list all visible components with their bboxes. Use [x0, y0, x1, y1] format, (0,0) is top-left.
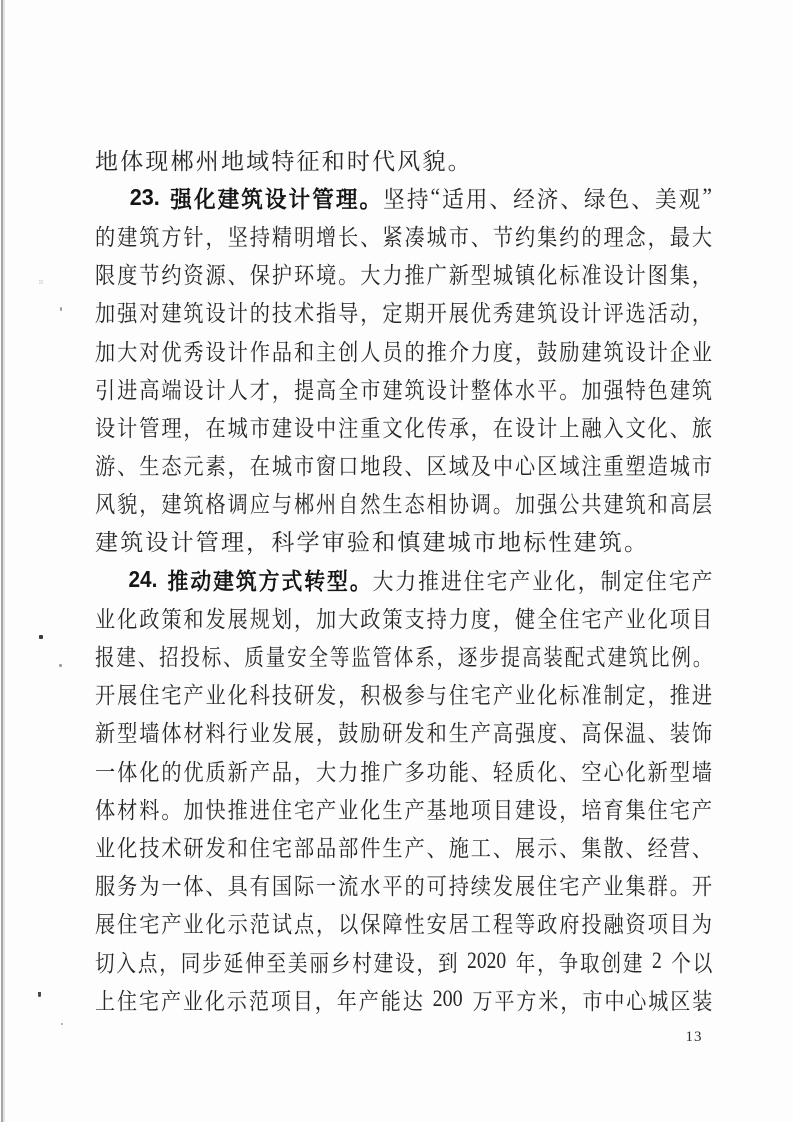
text-line: 设计管理，在城市建设中注重文化传承，在设计上融入文化、旅 — [95, 407, 637, 445]
text-line: 风貌，建筑格调应与郴州自然生态相协调。加强公共建筑和高层 — [95, 484, 637, 522]
text-line: 业化政策和发展规划，加大政策支持力度，健全住宅产业化项目 — [95, 598, 637, 636]
scan-speck — [39, 280, 43, 284]
text-line: 报建、招投标、质量安全等监管体系，逐步提高装配式建筑比例。 — [95, 636, 618, 674]
text-line: 体材料。加快推进住宅产业化生产基地项目建设，培育集住宅产 — [95, 789, 637, 827]
text-line: 切入点，同步延伸至美丽乡村建设，到2020年，争取创建2个以 — [95, 942, 620, 980]
scan-speck — [39, 635, 43, 639]
text-line: 服务为一体、具有国际一流水平的可持续发展住宅产业集群。开 — [95, 866, 637, 904]
page-number: 13 — [679, 1029, 709, 1046]
text-line: 的建筑方针，坚持精明增长、紧凑城市、节约集约的理念，最大 — [95, 216, 637, 254]
text-line: 上住宅产业化示范项目，年产能达200万平方米，市中心城区装 — [95, 980, 633, 1018]
scan-speck — [59, 664, 62, 667]
text-body: 地体现郴州地域特征和时代风貌。23.强化建筑设计管理。坚持“适用、经济、绿色、美… — [95, 140, 712, 1018]
scan-speck — [61, 1023, 63, 1025]
text-line: 新型墙体材料行业发展，鼓励研发和生产高强度、高保温、装饰 — [95, 713, 637, 751]
text-line: 一体化的优质新产品，大力推广多功能、轻质化、空心化新型墙 — [95, 751, 637, 789]
text-line: 地体现郴州地域特征和时代风貌。 — [95, 140, 712, 178]
text-line: 限度节约资源、保护环境。大力推广新型城镇化标准设计图集， — [95, 255, 637, 293]
text-line: 建筑设计管理，科学审验和慎建城市地标性建筑。 — [95, 522, 712, 560]
scan-speck — [38, 992, 41, 997]
text-line: 加大对优秀设计作品和主创人员的推介力度，鼓励建筑设计企业 — [95, 331, 637, 369]
text-line: 加强对建筑设计的技术指导，定期开展优秀建筑设计评选活动， — [95, 293, 637, 331]
text-line: 24.推动建筑方式转型。大力推进住宅产业化，制定住宅产 — [95, 560, 653, 598]
text-line: 展住宅产业化示范试点，以保障性安居工程等政府投融资项目为 — [95, 904, 637, 942]
text-line: 23.强化建筑设计管理。坚持“适用、经济、绿色、美观” — [95, 178, 674, 216]
scan-edge-shadow — [3, 0, 5, 1122]
text-line: 开展住宅产业化科技研发，积极参与住宅产业化标准制定，推进 — [95, 675, 637, 713]
text-line: 引进高端设计人才，提高全市建筑设计整体水平。加强特色建筑 — [95, 369, 637, 407]
text-line: 游、生态元素，在城市窗口地段、区域及中心区域注重塑造城市 — [95, 446, 637, 484]
scanned-document-page: 地体现郴州地域特征和时代风貌。23.强化建筑设计管理。坚持“适用、经济、绿色、美… — [0, 0, 793, 1122]
scan-speck — [60, 307, 62, 311]
text-line: 业化技术研发和住宅部品部件生产、施工、展示、集散、经营、 — [95, 827, 637, 865]
